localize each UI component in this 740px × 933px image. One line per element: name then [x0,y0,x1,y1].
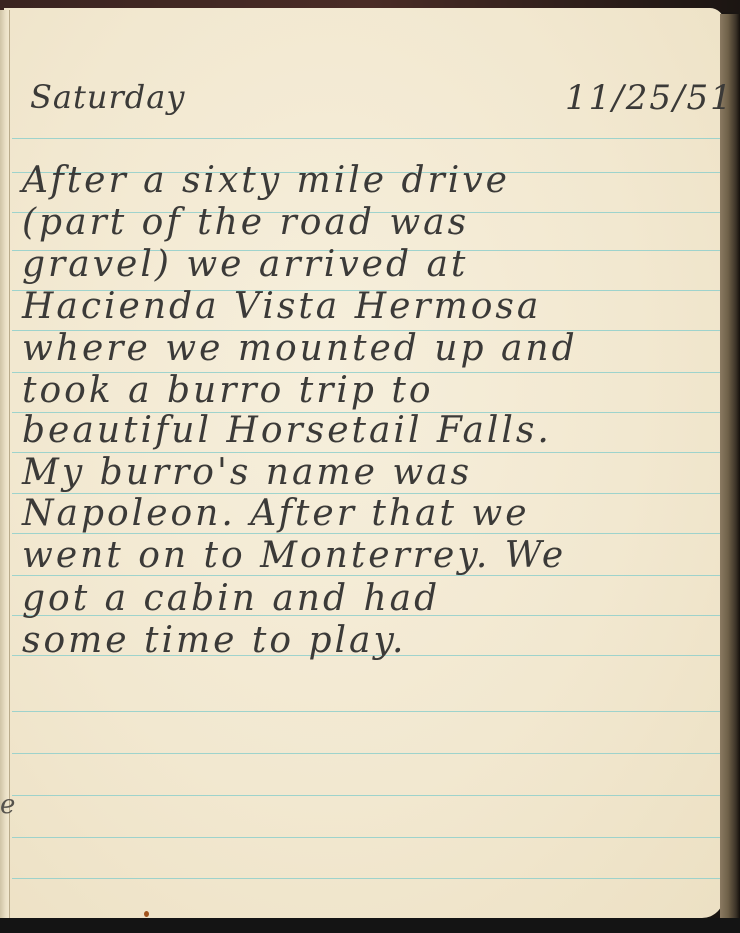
text-line: My burro's name was [22,452,472,493]
text-line: After a sixty mile drive [22,160,510,201]
ruled-line [12,753,724,754]
margin-mark: e [0,790,15,820]
page-stack-edge [720,14,740,919]
text-line: went on to Monterrey. We [22,535,566,576]
notebook-bottom-edge [0,918,740,933]
ruled-line [12,711,724,712]
text-line: beautiful Horsetail Falls. [22,410,552,451]
binding-edge [0,10,10,920]
ruled-line [12,837,724,838]
text-line: Napoleon. After that we [22,493,530,534]
text-line: (part of the road was [22,202,469,243]
ruled-line [12,878,724,879]
text-line: where we mounted up and [22,328,578,369]
ruled-line [12,138,724,139]
text-line: got a cabin and had [22,578,440,619]
text-line: some time to play. [22,620,407,661]
entry-day: Saturday [30,78,185,116]
entry-date: 11/25/51 [565,78,734,118]
ink-stain [144,911,149,917]
text-line: gravel) we arrived at [22,244,468,285]
text-line: Hacienda Vista Hermosa [22,286,541,327]
ruled-line [12,795,724,796]
text-line: took a burro trip to [22,370,434,411]
